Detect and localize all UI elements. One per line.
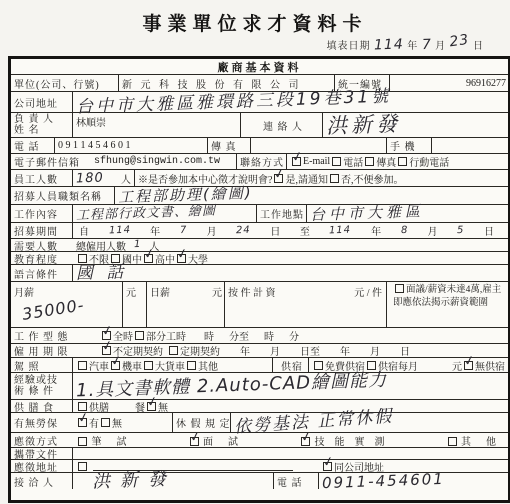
- checkbox-paid-lodging: [367, 361, 376, 370]
- period-month2-suffix: 月: [428, 223, 438, 238]
- contact-method-options: ✓ E-mail 電話 傳真 行動電話: [287, 154, 508, 169]
- work-type-hours: 時 分至 時 分: [204, 328, 299, 343]
- salary-note-text: 面議/薪資未達4萬,雇主即應依法揭示薪資範圍: [393, 285, 501, 308]
- checkbox-open-term-checked: ✓: [102, 346, 111, 355]
- contact-person-label: 接 洽 人: [11, 473, 73, 489]
- job-content-value-handwritten: 工程部行政文書、繪圖: [76, 205, 216, 223]
- method-opt-phone: 電話: [343, 154, 363, 169]
- contact-person-value-handwritten: 洪新發: [92, 471, 177, 492]
- checkbox-not-insured: [101, 418, 110, 427]
- monthly-salary-label: 月薪: [14, 284, 34, 299]
- insurance-row: 有無勞保 ✓ 有 無 休 假 規 定 依勞基法 正常休假: [11, 413, 508, 433]
- checkmark-icon: ✓: [77, 410, 91, 427]
- license-row: 駕 照 汽車 ✓ 機車 大貨車 其他 供宿 免費供宿 供宿每月 元 ✓ 無供宿: [11, 358, 508, 373]
- headcount-row: 需要人數 總僱用人數 1 人: [11, 239, 508, 252]
- headcount-value-handwritten: 1: [134, 240, 142, 250]
- year-suffix: 年: [407, 41, 418, 52]
- checkbox-fax: [365, 157, 374, 166]
- checkbox-motorcycle-checked: ✓: [111, 361, 120, 370]
- checkbox-meals-none-checked: ✓: [147, 402, 156, 411]
- period-year2-handwritten: 114: [329, 225, 351, 236]
- work-type-opt-parttime: 部分工時: [146, 328, 186, 343]
- language-row: 語言條件 國 話: [11, 265, 508, 282]
- apply-address-label: 應徵地址: [11, 460, 73, 472]
- headcount-label: 需要人數: [11, 239, 73, 251]
- fax-value: [251, 138, 387, 153]
- address-label: 公司地址: [11, 92, 73, 112]
- experience-row: 經驗或技 術 條 件 1.具文書軟體 2.Auto-CAD繪圖能力: [11, 373, 508, 400]
- date-label: 填表日期: [327, 41, 371, 52]
- checkbox-fixed-term: [169, 346, 178, 355]
- job-location-label: 工作地點: [257, 205, 307, 222]
- apply-opt-other: 其 他: [461, 437, 496, 448]
- email-value: sfhung@singwin.com.tw: [91, 154, 237, 169]
- checkbox-negotiable: [395, 284, 404, 293]
- unit-label: 單位(公司、行號): [11, 75, 119, 91]
- checkbox-seminar-yes-checked: ✓: [274, 174, 283, 183]
- license-label: 駕 照: [11, 358, 73, 372]
- period-year1-suffix: 年: [150, 223, 160, 238]
- salary-note: 面議/薪資未達4萬,雇主即應依法揭示薪資範圍: [390, 282, 508, 312]
- holiday-label: 休 假 規 定: [173, 413, 231, 432]
- employees-row: 員工人數 180 人 ※是否參加本中心徵才說明會? ✓ 是,請通知 否,不便參加…: [11, 170, 508, 187]
- seminar-no-label: 否,不便參加。: [341, 171, 404, 186]
- checkbox-edu-university-checked: ✓: [177, 254, 186, 263]
- date-day-handwritten: 23: [448, 33, 470, 50]
- checkbox-phone: [332, 157, 341, 166]
- employees-value-handwritten: 180: [76, 171, 104, 185]
- lodging-opt-none: 無供宿: [475, 358, 505, 373]
- address-value-handwritten: 台中市大雅區雅環路三段19巷31號: [76, 88, 392, 116]
- checkbox-written-test: [78, 437, 87, 446]
- checkbox-meals-provided: [78, 402, 87, 411]
- term-label: 僱 用 期 限: [11, 344, 97, 357]
- apply-opt-skill-test: 技 能 實 測: [315, 437, 385, 448]
- checkbox-free-lodging: [314, 361, 323, 370]
- apply-opt-written: 筆 試: [92, 437, 127, 448]
- period-year1-handwritten: 114: [108, 225, 130, 236]
- checkbox-apply-other: [448, 437, 457, 446]
- license-opt-car: 汽車: [89, 358, 109, 373]
- experience-label-line2: 術 條 件: [14, 386, 54, 398]
- checkmark-icon: ✓: [188, 429, 202, 446]
- contact-label: 連 絡 人: [241, 113, 323, 137]
- contact-value-handwritten: 洪新發: [326, 113, 402, 137]
- job-content-row: 工作內容 工程部行政文書、繪圖 工作地點 台中市大雅區: [11, 205, 508, 223]
- checkbox-email-checked: ✓: [292, 157, 301, 166]
- section-header-row: 廠商基本資料: [11, 59, 508, 75]
- edu-opt-senior: 高中: [155, 251, 175, 266]
- mobile-value: [431, 138, 508, 153]
- email-label: 電子郵件信箱: [11, 154, 91, 169]
- company-data-table: 廠商基本資料 單位(公司、行號) 新 元 科 技 股 份 有 限 公 司 統一編…: [8, 56, 510, 503]
- lodging-unit: 元: [452, 358, 462, 373]
- checkbox-no-lodging-checked: ✓: [464, 361, 473, 370]
- license-opt-other: 其他: [198, 358, 218, 373]
- principal-label-line1: 負 責 人: [14, 114, 54, 126]
- job-content-label: 工作內容: [11, 205, 73, 222]
- principal-label-line2: 姓 名: [14, 125, 40, 137]
- section-header: 廠商基本資料: [218, 59, 302, 75]
- daily-salary-label: 日薪: [150, 284, 170, 299]
- address-row: 公司地址 台中市大雅區雅環路三段19巷31號: [11, 92, 508, 113]
- meals-opt-none: 無: [158, 399, 168, 414]
- job-title-label: 招募人員職類名稱: [11, 187, 115, 204]
- period-from: 自: [79, 223, 89, 238]
- work-type-opt-fulltime: 全時: [113, 328, 133, 343]
- period-day2-handwritten: 5: [457, 225, 465, 235]
- period-day1-handwritten: 24: [236, 225, 251, 236]
- checkbox-truck: [144, 361, 153, 370]
- period-to: 至: [300, 223, 310, 238]
- monthly-salary-value-handwritten: 35000-: [21, 297, 85, 323]
- checkbox-edu-any: [78, 254, 87, 263]
- term-dates: 年 月 日至 年 月 日: [240, 343, 410, 358]
- job-title-row: 招募人員職類名稱 工程部助理(繪圖): [11, 187, 508, 205]
- insurance-opt-no: 無: [112, 415, 122, 430]
- contact-person-row: 接 洽 人 洪新發 電 話 0911-454601: [11, 473, 508, 489]
- experience-label-line1: 經驗或技: [14, 375, 58, 387]
- insurance-opt-yes: 有: [89, 415, 99, 430]
- piece-rate-label: 按 件 計 資: [228, 284, 276, 299]
- job-location-value-handwritten: 台中市大雅區: [310, 204, 424, 223]
- unit-row: 單位(公司、行號) 新 元 科 技 股 份 有 限 公 司 統一編號 96916…: [11, 75, 508, 92]
- piece-rate-unit: 元 / 件: [354, 284, 382, 299]
- checkbox-license-other: [187, 361, 196, 370]
- period-month2-handwritten: 8: [400, 225, 408, 235]
- method-opt-fax: 傳真: [376, 154, 396, 169]
- employees-label: 員工人數: [11, 170, 73, 186]
- salary-row: 月薪 35000- 元 日薪 元 按 件 計 資 元 / 件 面議/薪資未達4萬…: [11, 282, 508, 328]
- documents-row: 攜帶文件: [11, 448, 508, 460]
- date-month-handwritten: 7: [422, 38, 432, 52]
- email-row: 電子郵件信箱 sfhung@singwin.com.tw 聯絡方式 ✓ E-ma…: [11, 154, 508, 170]
- phone-label: 電 話: [11, 138, 55, 153]
- checkbox-seminar-no: [330, 174, 339, 183]
- page-title: 事業單位求才資料卡: [0, 0, 510, 36]
- phone-value: 0 9 1 1 4 5 4 6 0 1: [55, 138, 207, 153]
- method-opt-mobile: 行動電話: [409, 154, 449, 169]
- meals-mid-label: 餐: [135, 399, 145, 414]
- checkbox-insured-checked: ✓: [78, 418, 87, 427]
- term-row: 僱 用 期 限 ✓ 不定期契約 定期契約 年 月 日至 年 月 日: [11, 344, 508, 358]
- employees-unit: 人: [121, 171, 131, 186]
- documents-label: 攜帶文件: [11, 448, 73, 459]
- insurance-label: 有無勞保: [11, 413, 73, 432]
- job-title-value-handwritten: 工程部助理(繪圖): [118, 186, 253, 206]
- checkbox-skill-test-checked: ✓: [301, 437, 310, 446]
- work-type-row: 工 作 型 態 ✓ 全時 部分工時 時 分至 時 分: [11, 328, 508, 344]
- seminar-yes-label: 是,請通知: [285, 171, 328, 186]
- fill-date-line: 填表日期 114 年 7 月 23 日: [327, 37, 484, 52]
- phone-row: 電 話 0 9 1 1 4 5 4 6 0 1 傳 真 手 機: [11, 138, 508, 154]
- daily-salary-unit: 元: [212, 284, 222, 299]
- term-opt-fixed: 定期契約: [180, 343, 220, 358]
- method-opt-email: E-mail: [303, 156, 330, 167]
- checkbox-mobile: [398, 157, 407, 166]
- uid-value: 96916277: [390, 75, 508, 91]
- education-label: 教育程度: [11, 252, 73, 264]
- checkbox-other-address: [78, 462, 87, 471]
- language-value-handwritten: 國 話: [76, 264, 128, 283]
- period-day1-suffix: 日: [270, 223, 280, 238]
- period-label: 招募期間: [11, 223, 73, 238]
- edu-opt-university: 大學: [188, 251, 208, 266]
- apply-method-label: 應徵方式: [11, 433, 73, 447]
- checkbox-parttime: [135, 331, 144, 340]
- period-year2-suffix: 年: [371, 223, 381, 238]
- mobile-label: 手 機: [387, 138, 431, 153]
- experience-label: 經驗或技 術 條 件: [11, 373, 73, 399]
- checkbox-interview-checked: ✓: [190, 437, 199, 446]
- period-month1-suffix: 月: [207, 223, 217, 238]
- work-type-label: 工 作 型 態: [11, 328, 97, 343]
- contact-phone-label: 電 話: [273, 473, 319, 489]
- language-label: 語言條件: [11, 265, 73, 281]
- apply-opt-interview: 面 試: [203, 437, 238, 448]
- monthly-salary-unit: 元: [123, 282, 147, 327]
- month-suffix: 月: [435, 41, 446, 52]
- principal-label: 負 責 人 姓 名: [11, 113, 73, 137]
- checkbox-edu-senior-checked: ✓: [144, 254, 153, 263]
- lodging-label: 供宿: [273, 358, 309, 372]
- scanned-form-page: 事業單位求才資料卡 填表日期 114 年 7 月 23 日 廠商基本資料 單位(…: [0, 0, 510, 504]
- meals-label: 供 膳 食: [11, 400, 73, 412]
- day-suffix: 日: [473, 41, 484, 52]
- fax-label: 傳 真: [207, 138, 251, 153]
- documents-value: [73, 448, 508, 459]
- period-day2-suffix: 日: [484, 223, 494, 238]
- license-opt-motorcycle: 機車: [122, 358, 142, 373]
- checkbox-car: [78, 361, 87, 370]
- contact-phone-value-handwritten: 0911-454601: [322, 471, 445, 490]
- period-month1-handwritten: 7: [180, 225, 188, 235]
- experience-value-handwritten: 1.具文書軟體 2.Auto-CAD繪圖能力: [76, 372, 388, 401]
- checkbox-edu-junior: [111, 254, 120, 263]
- checkbox-same-address-checked: ✓: [323, 462, 332, 471]
- license-opt-truck: 大貨車: [155, 358, 185, 373]
- seminar-question: ※是否參加本中心徵才說明會? ✓ 是,請通知 否,不便參加。: [135, 170, 508, 186]
- date-year-handwritten: 114: [374, 37, 404, 52]
